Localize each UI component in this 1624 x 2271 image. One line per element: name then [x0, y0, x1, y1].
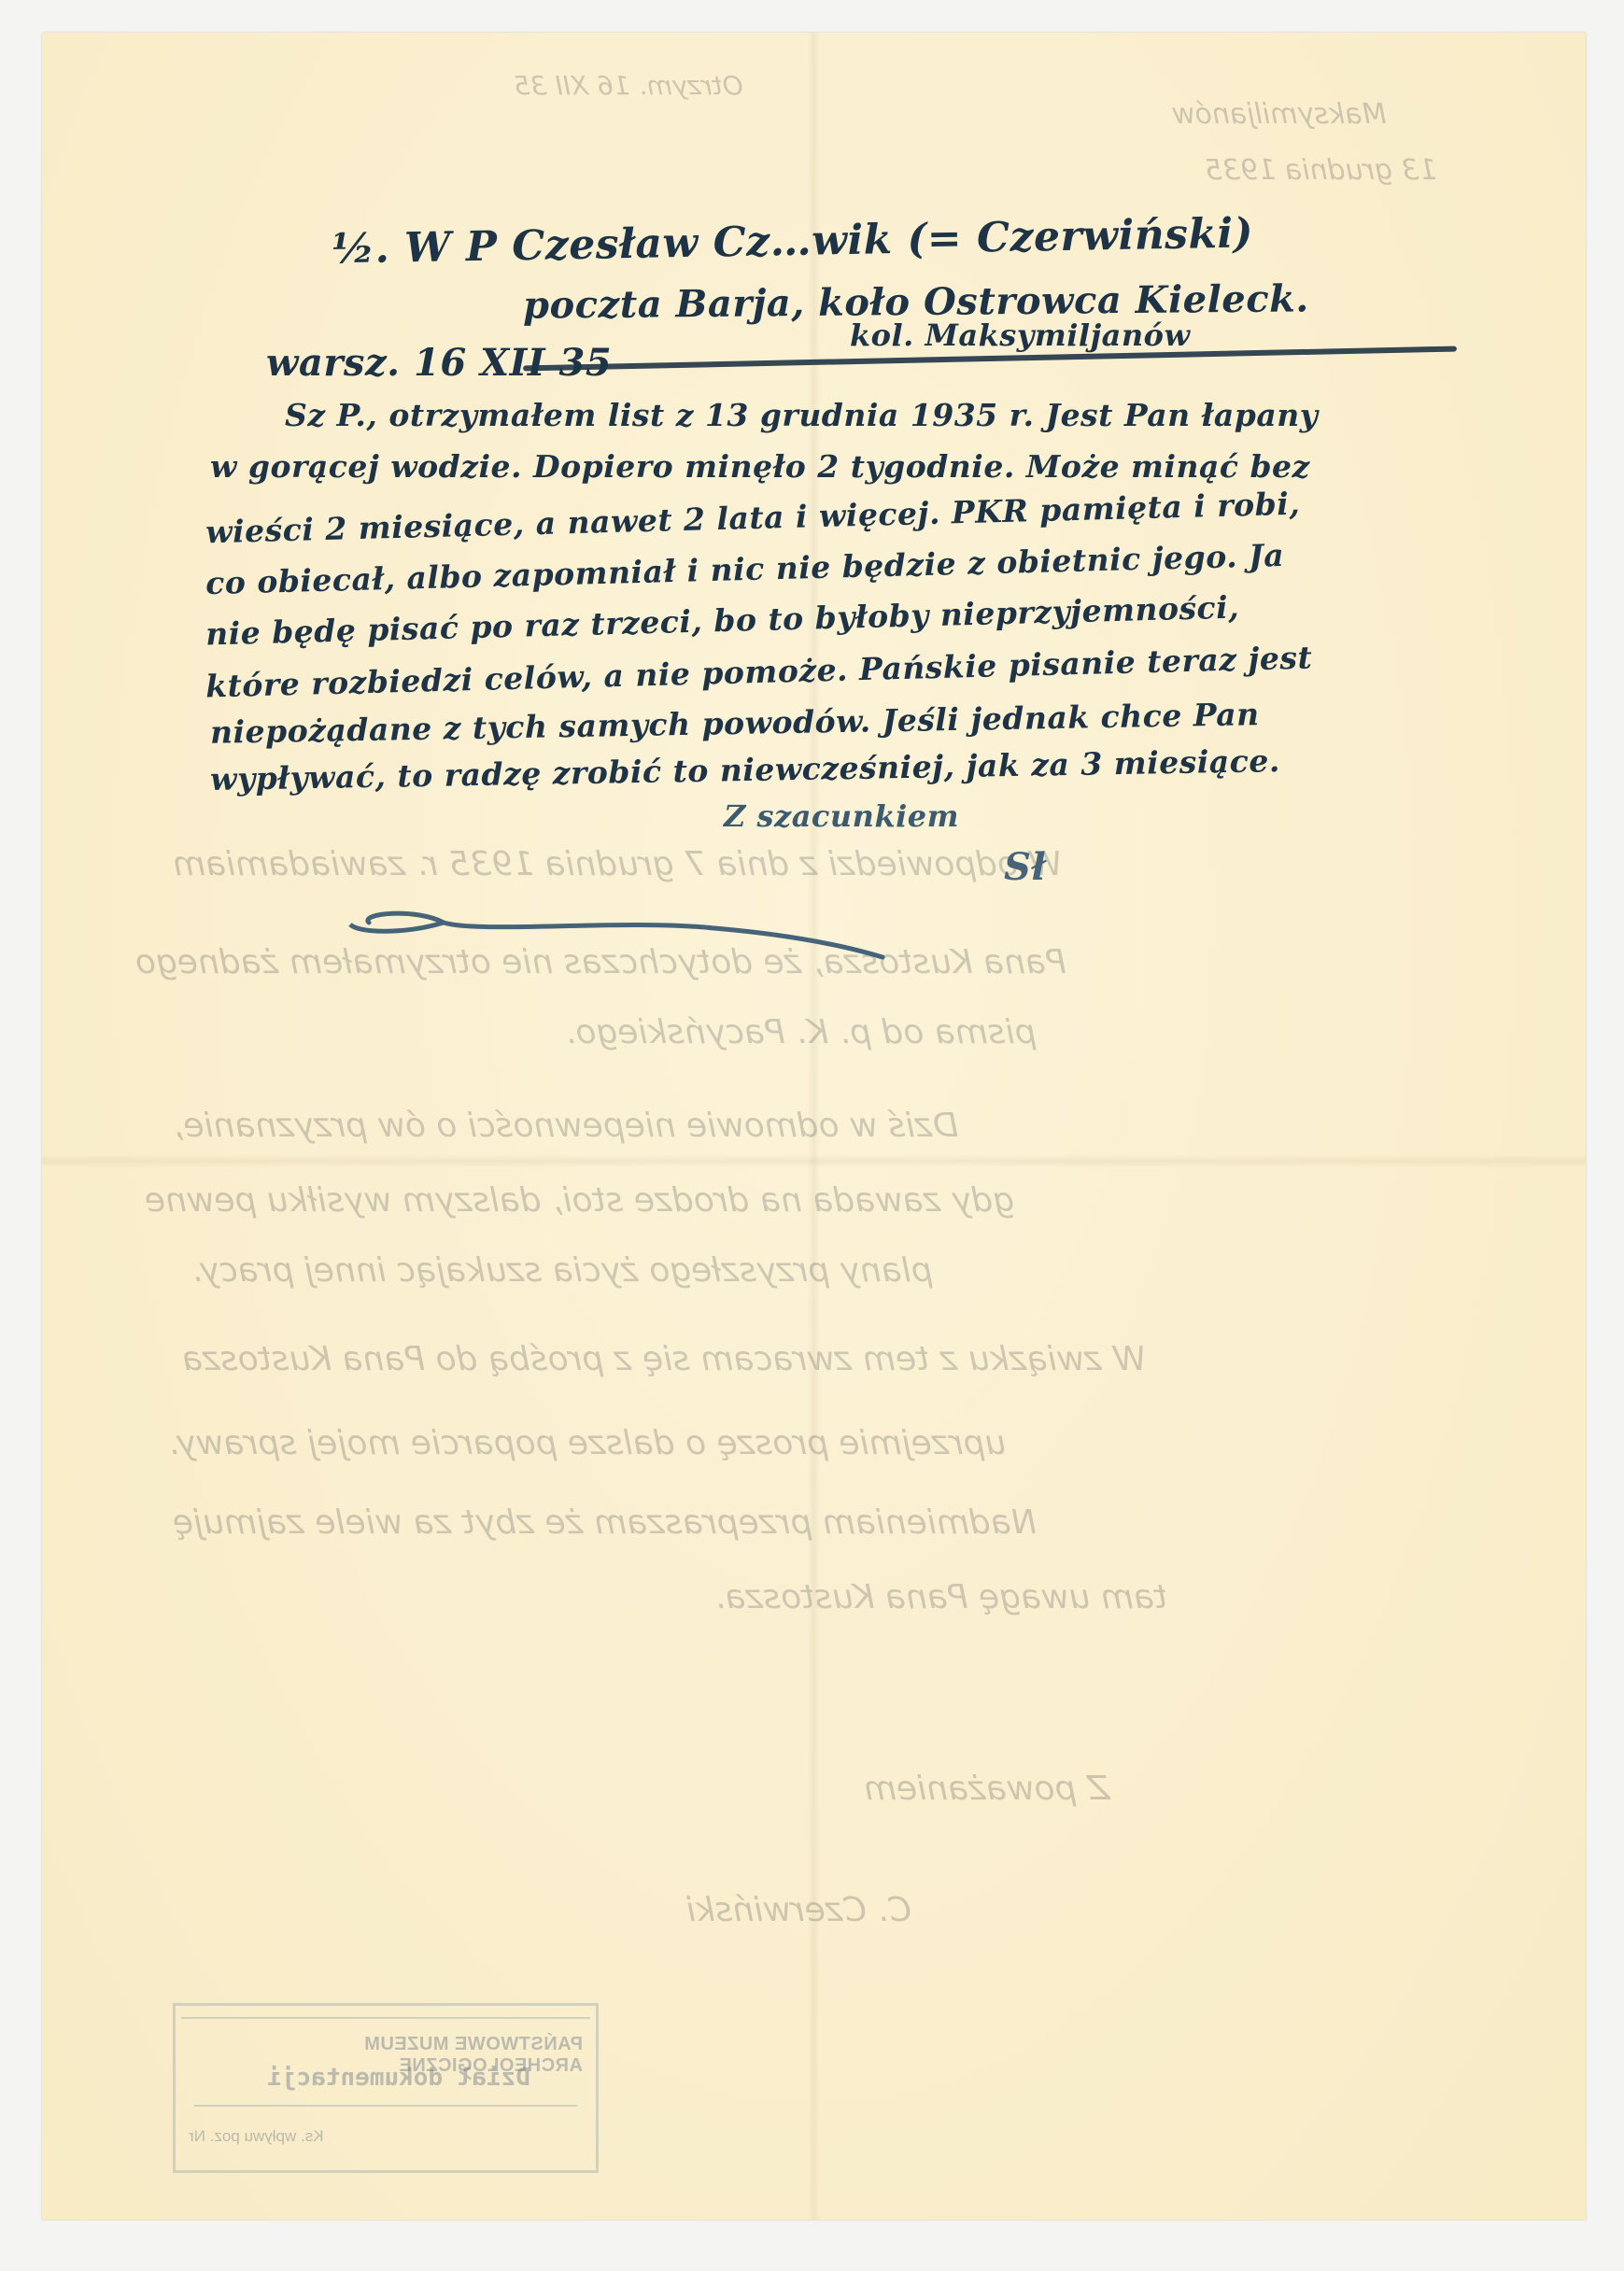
bleed-through-line: pisma od p. K. Pacyńskiego.	[565, 1013, 1037, 1051]
bleed-through-line: Nadmieniam przepraszam że zbyt za wiele …	[173, 1503, 1037, 1542]
stamp-line-department: Dział dokumentacji	[267, 2064, 530, 2092]
recipient-name: ½. W P Czesław Cz…wik (= Czerwiński)	[332, 209, 1254, 273]
bleed-through-line: plany przyszłego życia szukając innej pr…	[191, 1251, 933, 1290]
bleed-through-line: W odpowiedzi z dnia 7 grudnia 1935 r. za…	[173, 845, 1062, 883]
signature: Sł	[1004, 845, 1046, 889]
bleed-through-line: uprzejmie proszę o dalsze poparcie mojej…	[168, 1424, 1006, 1462]
stamp-line-register-number: Ks. wpływu poz. Nr	[189, 2127, 324, 2146]
museum-stamp: PAŃSTWOWE MUZEUM ARCHEOLOGICZNE Dział do…	[173, 2003, 599, 2173]
signature-flourish	[341, 906, 901, 962]
body-line: które rozbiedzi celów, a nie pomoże. Pań…	[205, 639, 1313, 704]
bleed-through-line: W związku z tem zwracam się z prośbą do …	[182, 1340, 1146, 1378]
letter-date: warsz. 16 XII 35	[266, 341, 612, 385]
bleed-through-note-top-right-2: 13 grudnia 1935	[1205, 154, 1437, 187]
body-line: nie będę pisać po raz trzeci, bo to było…	[205, 589, 1240, 653]
letter-closing: Z szacunkiem	[724, 798, 959, 834]
recipient-colony: kol. Maksymiljanów	[850, 317, 1191, 353]
bleed-through-note-top-right-1: Maksymiljanów	[1172, 98, 1387, 131]
body-line: wypływać, to radzę zrobić to niewcześnie…	[210, 742, 1280, 797]
bleed-through-closing: Z poważaniem	[864, 1770, 1109, 1808]
body-line: w gorącej wodzie. Dopiero minęło 2 tygod…	[210, 448, 1310, 485]
bleed-through-line: Dziś w odmowie niepewności o ów przyznan…	[173, 1107, 958, 1145]
bleed-through-line: tam uwagę Pana Kustosza.	[714, 1578, 1167, 1616]
body-line: Sz P., otrzymałem list z 13 grudnia 1935…	[285, 397, 1318, 433]
letter-paper: Otrzym. 16 XII 35 Maksymiljanów 13 grudn…	[42, 33, 1586, 2220]
body-line: niepożądane z tych samych powodów. Jeśli…	[210, 696, 1260, 751]
bleed-through-note-top-center: Otrzym. 16 XII 35	[514, 70, 743, 101]
bleed-through-line: gdy zawada na drodze stoi, dalszym wysił…	[145, 1181, 1014, 1220]
bleed-through-signature: C. Czerwiński	[686, 1891, 911, 1929]
